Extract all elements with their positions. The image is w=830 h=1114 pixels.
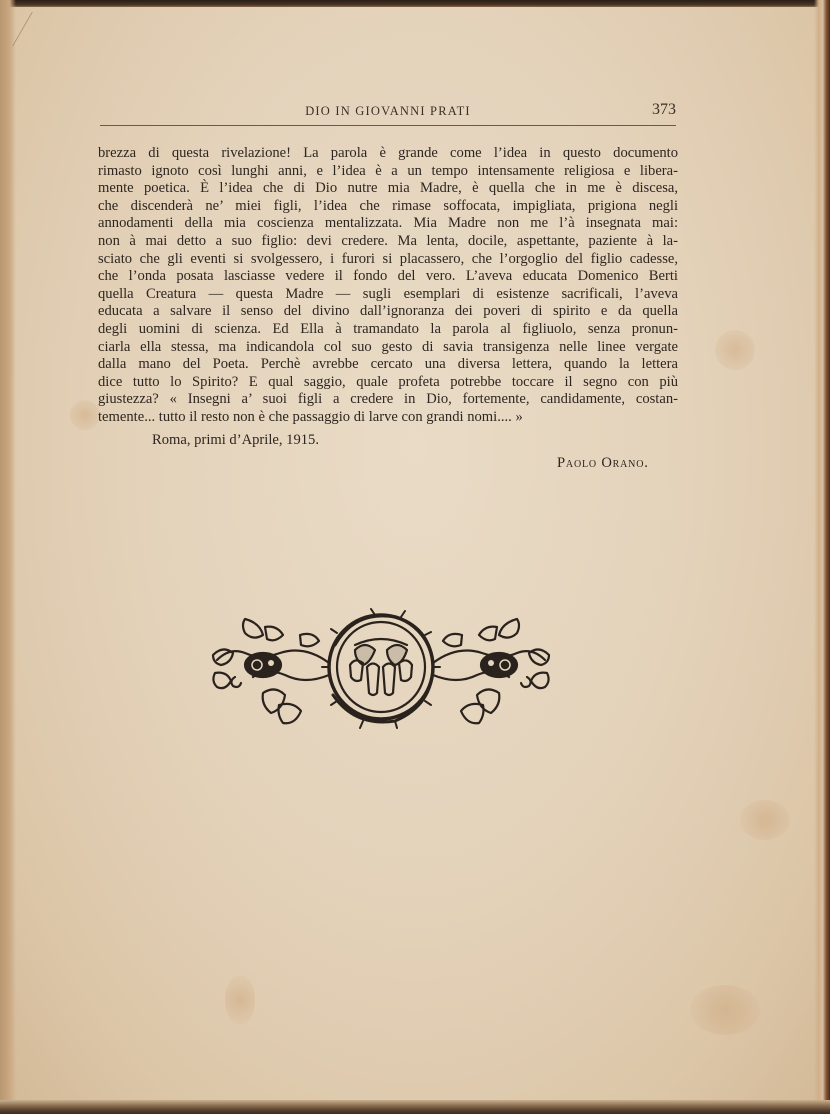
paper-crease [12,12,53,46]
text-line: sciato che gli eventi si svolgessero, i … [98,251,678,269]
author-signature: Paolo Orano. [557,455,649,472]
text-line: quella Creatura — questa Madre — sugli e… [98,286,678,304]
text-line: degli uomini di scienza. Ed Ella à trama… [98,321,678,339]
text-line: che discenderà ne’ miei figli, l’idea ch… [98,198,678,216]
text-line: annodamenti della mia coscienza mentaliz… [98,215,678,233]
foxing-stain [740,800,790,840]
text-line: non à mai detto a suo figlio: devi crede… [98,233,678,251]
text-line: giustezza? « Insegni a’ suoi figli a cre… [98,391,678,409]
text-line: brezza di questa rivelazione! La parola … [98,145,678,163]
foxing-stain [690,985,760,1035]
text-line: che l’onda posata lasciasse vedere il fo… [98,268,678,286]
page-number: 373 [652,101,676,119]
page-top-edge [0,0,830,7]
foxing-stain [70,400,100,430]
dateline: Roma, primi d’Aprile, 1915. [152,432,319,449]
text-line: mente poetica. È l’idea che di Dio nutre… [98,180,678,198]
book-page: DIO IN GIOVANNI PRATI 373 brezza di ques… [0,0,830,1114]
running-head: DIO IN GIOVANNI PRATI 373 [100,104,676,126]
text-line: dice tutto lo Spirito? E qual saggio, qu… [98,374,678,392]
text-line: dalla mano del Poeta. Perchè avrebbe cer… [98,356,678,374]
floral-vine-wreath-ornament-icon [205,605,557,731]
page-right-edge [814,0,830,1114]
text-line: educata a salvare il senso del divino da… [98,303,678,321]
foxing-stain [225,975,255,1025]
running-title: DIO IN GIOVANNI PRATI [100,104,676,119]
text-line: ciarla ella stessa, ma indicandola col s… [98,339,678,357]
text-line: rimasto ignoto così lunghi anni, e l’ide… [98,163,678,181]
header-rule [100,125,676,126]
text-line: temente... tutto il resto non è che pass… [98,409,678,427]
body-paragraph: brezza di questa rivelazione! La parola … [98,145,678,427]
page-gutter-shadow [0,0,16,1114]
page-bottom-edge [0,1100,830,1114]
foxing-stain [715,330,755,370]
